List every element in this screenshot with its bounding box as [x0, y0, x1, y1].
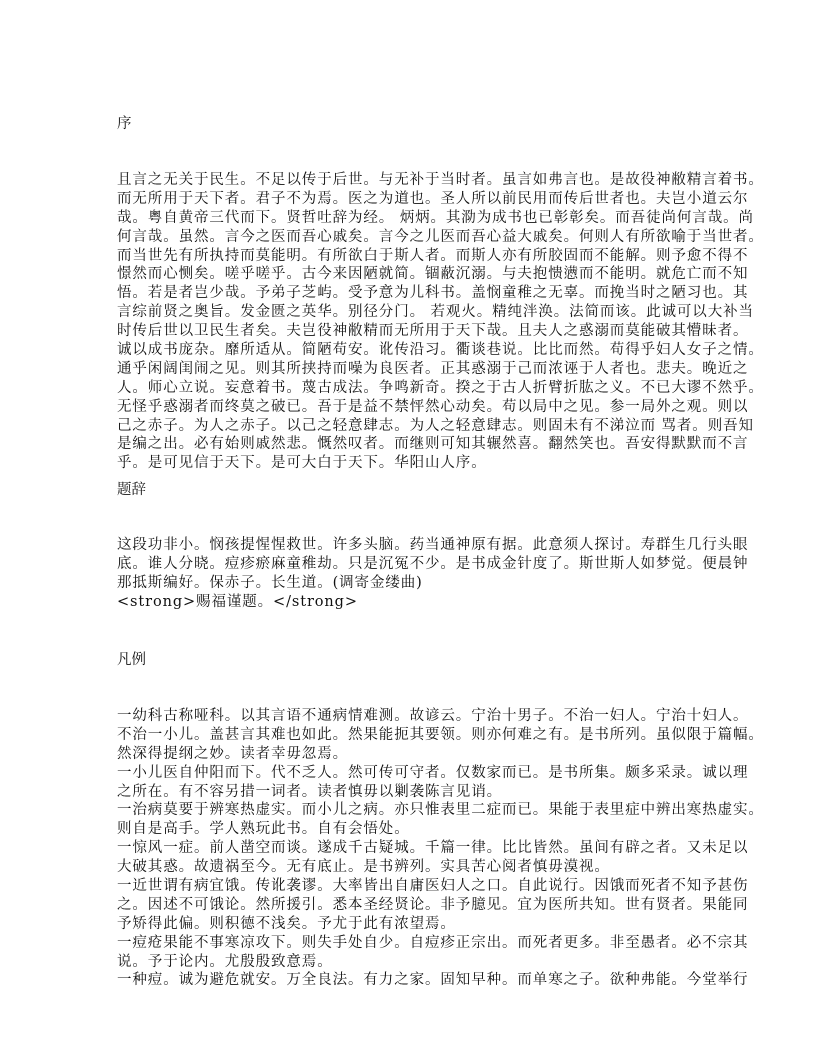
text-line: 诚以成书庞杂。靡所适从。简陋苟安。讹传沿习。衢谈巷说。比比而然。苟得乎妇人女子之…: [117, 341, 707, 360]
text-line: 一近世谓有病宜饿。传讹袭谬。大率皆出自庸医妇人之口。自此说行。因饿而死者不知予甚…: [117, 877, 707, 896]
general-notes-paragraph: 一幼科古称哑科。以其言语不通病情难测。故谚云。宁治十男子。不治一妇人。宁治十妇人…: [117, 707, 707, 990]
text-line: 一治病莫要于辨寒热虚实。而小儿之病。亦只惟表里二症而已。果能于表里症中辨出寒热虚…: [117, 801, 707, 820]
text-line: 何言哉。虽然。言今之医而吾心戚矣。言今之儿医而吾心益大戚矣。何则人有所欲喻于当世…: [117, 228, 707, 247]
text-line: 大破其惑。故遗祸至今。无有底止。是书辨列。实具苦心阅者慎毋漠视。: [117, 858, 707, 877]
text-line: 说。予于论内。尤殷殷致意焉。: [117, 953, 707, 972]
text-line: 然深得提纲之妙。读者幸毋忽焉。: [117, 745, 707, 764]
text-line: 一惊风一症。前人凿空而谈。遂成千古疑城。千篇一律。比比皆然。虽间有辟之者。又未足…: [117, 839, 707, 858]
text-line: 时传后世以卫民生者矣。夫岂役神敝精而无所用于天下哉。且夫人之惑溺而莫能破其懵昧者…: [117, 322, 707, 341]
text-line: 不治一小儿。盖甚言其难也如此。然果能扼其要领。则亦何难之有。是书所列。虽似限于篇…: [117, 726, 707, 745]
text-line: 予矫得此偏。则积德不浅矣。予尤于此有浓望焉。: [117, 915, 707, 934]
text-line: 人。师心立说。妄意着书。蔑古成法。争鸣新奇。揆之于古人折臂折肱之义。不已大谬不然…: [117, 379, 707, 398]
text-line: 而当世先有所执持而莫能明。有所欲白于斯人者。而斯人亦有所胶固而不能解。则予愈不得…: [117, 247, 707, 266]
text-line: 那抵斯编好。保赤子。长生道。(调寄金缕曲): [117, 574, 707, 593]
text-line: 哉。粤自黄帝三代而下。贤哲吐辞为经。 炳炳。其泐为成书也已彰彰矣。而吾徒尚何言哉…: [117, 209, 707, 228]
text-line: 憬然而心恻矣。嗟乎嗟乎。古今来因陋就简。锢蔽沉溺。与夫抱愦懑而不能明。就危亡而不…: [117, 265, 707, 284]
text-line: 之所在。有不容另措一词者。读者慎毋以剿袭陈言见诮。: [117, 783, 707, 802]
text-line-signature: <strong>赐福谨题。</strong>: [117, 593, 707, 612]
text-line: 己之赤子。为人之赤子。以己之轻意肆志。为人之轻意肆志。则固未有不涕泣而 骂者。则…: [117, 417, 707, 436]
inscription-paragraph: 这段功非小。悯孩提惺惺救世。许多头脑。药当通神原有据。此意须人探讨。寿群生几行头…: [117, 536, 707, 612]
text-line: 是编之出。必有始则戚然悲。慨然叹者。而继则可知其辗然喜。翻然笑也。吾安得默默而不…: [117, 435, 707, 454]
text-line: 底。谁人分晓。痘疹瘀麻童稚劫。只是沉冤不少。是书成金针度了。斯世斯人如梦觉。便晨…: [117, 555, 707, 574]
section-heading-preface: 序: [117, 115, 132, 134]
section-heading-inscription: 题辞: [117, 481, 146, 500]
text-line: 通乎闲阔闺闹之见。则其所挟持而噪为良医者。正其惑溺于己而浓诬于人者也。悲夫。晚近…: [117, 360, 707, 379]
text-line: 言综前贤之奥旨。发金匮之英华。别径分门。 若观火。精纯泮涣。法简而该。此诚可以大…: [117, 303, 707, 322]
section-heading-general-notes: 凡例: [117, 651, 146, 670]
text-line: 一小儿医自仲阳而下。代不乏人。然可传可守者。仅数家而已。是书所集。颇多采录。诚以…: [117, 764, 707, 783]
text-line: 一痘疮果能不事寒凉攻下。则失手处自少。自痘疹正宗出。而死者更多。非至愚者。必不宗…: [117, 934, 707, 953]
text-line: 悟。若是者岂少哉。予弟子芝屿。受予意为儿科书。盖悯童稚之无辜。而挽当时之陋习也。…: [117, 284, 707, 303]
text-line: 这段功非小。悯孩提惺惺救世。许多头脑。药当通神原有据。此意须人探讨。寿群生几行头…: [117, 536, 707, 555]
text-line: 而无所用于天下者。君子不为焉。医之为道也。圣人所以前民用而传后世者也。夫岂小道云…: [117, 190, 707, 209]
text-line: 乎。是可见信于天下。是可大白于天下。华阳山人序。: [117, 454, 707, 473]
text-line: 一幼科古称哑科。以其言语不通病情难测。故谚云。宁治十男子。不治一妇人。宁治十妇人…: [117, 707, 707, 726]
preface-paragraph: 且言之无关于民生。不足以传于后世。与无补于当时者。虽言如弗言也。是故役神敝精言着…: [117, 171, 707, 473]
text-line: 一种痘。诚为避危就安。万全良法。有力之家。固知早种。而单寒之子。欲种弗能。今堂举…: [117, 971, 707, 990]
text-line: 则自是高手。学人熟玩此书。自有会悟处。: [117, 820, 707, 839]
text-line: 且言之无关于民生。不足以传于后世。与无补于当时者。虽言如弗言也。是故役神敝精言着…: [117, 171, 707, 190]
text-line: 之。因述不可饿论。然所援引。悉本圣经贤论。非予臆见。宜为医所共知。世有贤者。果能…: [117, 896, 707, 915]
text-line: 无怪乎惑溺者而终莫之破已。吾于是益不禁怦然心动矣。苟以局中之见。参一局外之观。则…: [117, 398, 707, 417]
